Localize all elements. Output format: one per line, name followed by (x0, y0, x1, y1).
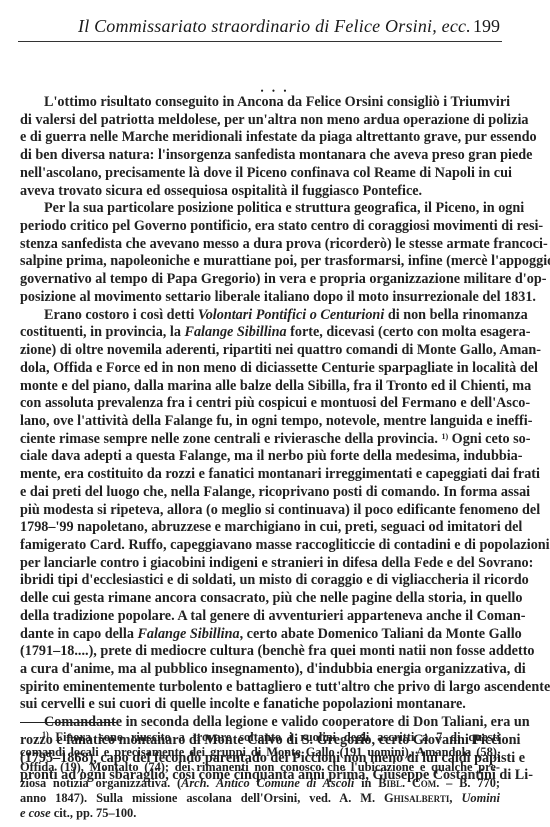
line-text: a cura d'anime, ma al pubblico insegname… (20, 661, 526, 677)
footnote: 1) Finora sono riuscito a trovare soltan… (20, 730, 500, 821)
line-text: , certo abate Domenico Taliani da Monte … (240, 626, 522, 642)
line-text: governativo al tempo di Papa Gregorio) i… (20, 271, 546, 287)
text-line: ibridi tipi d'ecclesiastici e di soldati… (20, 572, 500, 590)
line-text: Ogni ceto so- (448, 431, 530, 447)
text-line: sui cervelli e sui cuori di quelle incol… (20, 696, 500, 714)
running-title: Il Commissariato straordinario di Felice… (78, 16, 471, 37)
line-text: più modesta si ripeteva, allora (o megli… (20, 502, 540, 518)
text-line: posizione al movimento settario liberale… (20, 289, 500, 307)
text-line: governativo al tempo di Papa Gregorio) i… (20, 271, 500, 289)
text-line: di valersi del patriotta meldolese, per … (20, 112, 500, 130)
text-line: a cura d'anime, ma al pubblico insegname… (20, 661, 500, 679)
line-text: cit., pp. 75–100. (51, 806, 137, 820)
line-text: per lanciarle contro i giacobini indigen… (20, 555, 533, 571)
line-text: e di guerra nelle Marche meridionali inf… (20, 129, 537, 145)
footnote-line: Offida (19), Montalto (74); dei rimanent… (20, 760, 500, 775)
text-line: famigerato Card. Ruffo, capeggiavano mas… (20, 537, 500, 555)
line-text: della tradizione popolare. A tal genere … (20, 608, 525, 624)
line-text: nell'ascolano, precisamente là dove il P… (20, 165, 512, 181)
text-line: Per la sua particolare posizione politic… (20, 200, 500, 218)
text-line: ciente rimase sempre nelle zone centrali… (20, 431, 500, 449)
line-text: di valersi del patriotta meldolese, per … (20, 112, 529, 128)
line-text: aveva trovato sicura ed ossequiosa ospit… (20, 183, 422, 199)
line-text: famigerato Card. Ruffo, capeggiavano mas… (20, 537, 550, 553)
line-text: costituenti, in provincia, la (20, 324, 184, 340)
text-line: dola, Offida e Force ed in non meno di d… (20, 360, 500, 378)
body-text: L'ottimo risultato conseguito in Ancona … (20, 94, 500, 785)
line-text: 1798–'99 napoletano, abruzzese e marchig… (20, 519, 522, 535)
small-caps-text: Bibl. Com. (378, 776, 439, 790)
line-text: lano, ove l'attività della Falange fu, i… (20, 413, 532, 429)
text-line: 1798–'99 napoletano, abruzzese e marchig… (20, 519, 500, 537)
text-line: più modesta si ripeteva, allora (o megli… (20, 502, 500, 520)
text-line: zione) di oltre novemila aderenti, ripar… (20, 342, 500, 360)
line-text: dante in capo della (20, 626, 137, 642)
text-line: dante in capo della Falange Sibillina, c… (20, 626, 500, 644)
line-text: zione) di oltre novemila aderenti, ripar… (20, 342, 541, 358)
line-text: anno 1847). Sulla missione ascolana dell… (20, 791, 384, 805)
line-text: ibridi tipi d'ecclesiastici e di soldati… (20, 572, 529, 588)
line-text: ciente rimase sempre nelle zone centrali… (20, 431, 441, 447)
scan-speck: · (21, 644, 24, 655)
line-text: Offida (19), Montalto (74); dei rimanent… (20, 760, 500, 774)
line-text: Per la sua particolare posizione politic… (44, 200, 524, 216)
footnote-rule (20, 722, 118, 723)
footnote-marker: 1) (42, 730, 55, 739)
line-text: di non bella rinomanza (384, 307, 527, 323)
text-line: lano, ove l'attività della Falange fu, i… (20, 413, 500, 431)
line-text: L'ottimo risultato conseguito in Ancona … (44, 94, 510, 110)
running-header: Il Commissariato straordinario di Felice… (20, 14, 500, 38)
text-line: e dai preti del luogo che, nella Falange… (20, 484, 500, 502)
footnote-line: comandi locali e precisamente dei gruppi… (20, 745, 500, 760)
line-text: con assoluta prevalenza fra i centri più… (20, 395, 530, 411)
line-text: delle cui gesta rimane ancora consacrato… (20, 590, 522, 606)
line-text: , (449, 791, 461, 805)
footnote-line: anno 1847). Sulla missione ascolana dell… (20, 791, 500, 806)
line-text: ciale dava adepti a questa Falange, ma i… (20, 448, 523, 464)
line-text: mente, era costituito da rozzi e fanatic… (20, 466, 540, 482)
text-line: L'ottimo risultato conseguito in Ancona … (20, 94, 500, 112)
text-line: Erano costoro i così detti Volontari Pon… (20, 307, 500, 325)
line-text: sui cervelli e sui cuori di quelle incol… (20, 696, 466, 712)
header-rule (18, 41, 502, 42)
text-line: e di guerra nelle Marche meridionali inf… (20, 129, 500, 147)
line-text: (1791–18....), prete di mediocre cultura… (20, 643, 535, 659)
line-text: posizione al movimento settario liberale… (20, 289, 536, 305)
footnote-line: 1) Finora sono riuscito a trovare soltan… (20, 730, 500, 745)
line-text: spirito eminentemente turbolento e batta… (20, 679, 550, 695)
text-line: stenza sanfedista che avevano messo a du… (20, 236, 500, 254)
line-text: dola, Offida e Force ed in non meno di d… (20, 360, 538, 376)
italic-title: Uomini (461, 791, 500, 805)
line-text: salpine prima, napoleoniche e murattiane… (20, 253, 550, 269)
line-text: periodo critico pel Governo pontificio, … (20, 218, 543, 234)
line-text: comandi locali e precisamente dei gruppi… (20, 745, 500, 759)
line-text: monte e del piano, dalla marina alle bal… (20, 378, 531, 394)
italic-title: Arch. Antico Comune di Ascoli (181, 776, 354, 790)
text-line: delle cui gesta rimane ancora consacrato… (20, 590, 500, 608)
text-line: nell'ascolano, precisamente là dove il P… (20, 165, 500, 183)
line-text: ziosa notizia organizzativa. ( (20, 776, 181, 790)
line-text: – B. 770; (439, 776, 500, 790)
italic-text: e cose (20, 806, 51, 820)
line-text: di ben diversa natura: l'insorgenza sanf… (20, 147, 532, 163)
text-line: mente, era costituito da rozzi e fanatic… (20, 466, 500, 484)
text-line: monte e del piano, dalla marina alle bal… (20, 378, 500, 396)
line-text: in (354, 776, 378, 790)
text-line: della tradizione popolare. A tal genere … (20, 608, 500, 626)
footnote-line: ziosa notizia organizzativa. (Arch. Anti… (20, 776, 500, 791)
text-line: con assoluta prevalenza fra i centri più… (20, 395, 500, 413)
text-line: di ben diversa natura: l'insorgenza sanf… (20, 147, 500, 165)
line-text: stenza sanfedista che avevano messo a du… (20, 236, 548, 252)
text-line: aveva trovato sicura ed ossequiosa ospit… (20, 183, 500, 201)
text-line: per lanciarle contro i giacobini indigen… (20, 555, 500, 573)
line-text: Finora sono riuscito a trovare soltanto … (55, 730, 500, 744)
text-line: (1791–18....), prete di mediocre cultura… (20, 643, 500, 661)
book-page: Il Commissariato straordinario di Felice… (0, 0, 550, 827)
text-line: spirito eminentemente turbolento e batta… (20, 679, 500, 697)
footnote-line: e cose cit., pp. 75–100. (20, 806, 500, 821)
text-line: salpine prima, napoleoniche e murattiane… (20, 253, 500, 271)
small-caps-text: Ghisalberti (384, 791, 449, 805)
page-number: 199 (473, 16, 500, 37)
text-line: periodo critico pel Governo pontificio, … (20, 218, 500, 236)
text-line: costituenti, in provincia, la Falange Si… (20, 324, 500, 342)
italic-text: Falange Sibillina (184, 324, 286, 340)
italic-text: Volontari Pontifici o Centurioni (198, 307, 384, 323)
line-text: e dai preti del luogo che, nella Falange… (20, 484, 530, 500)
line-text: forte, dicevasi (certo con molta esagera… (287, 324, 531, 340)
text-line: ciale dava adepti a questa Falange, ma i… (20, 448, 500, 466)
italic-text: Falange Sibillina (137, 626, 239, 642)
line-text: Erano costoro i così detti (44, 307, 198, 323)
